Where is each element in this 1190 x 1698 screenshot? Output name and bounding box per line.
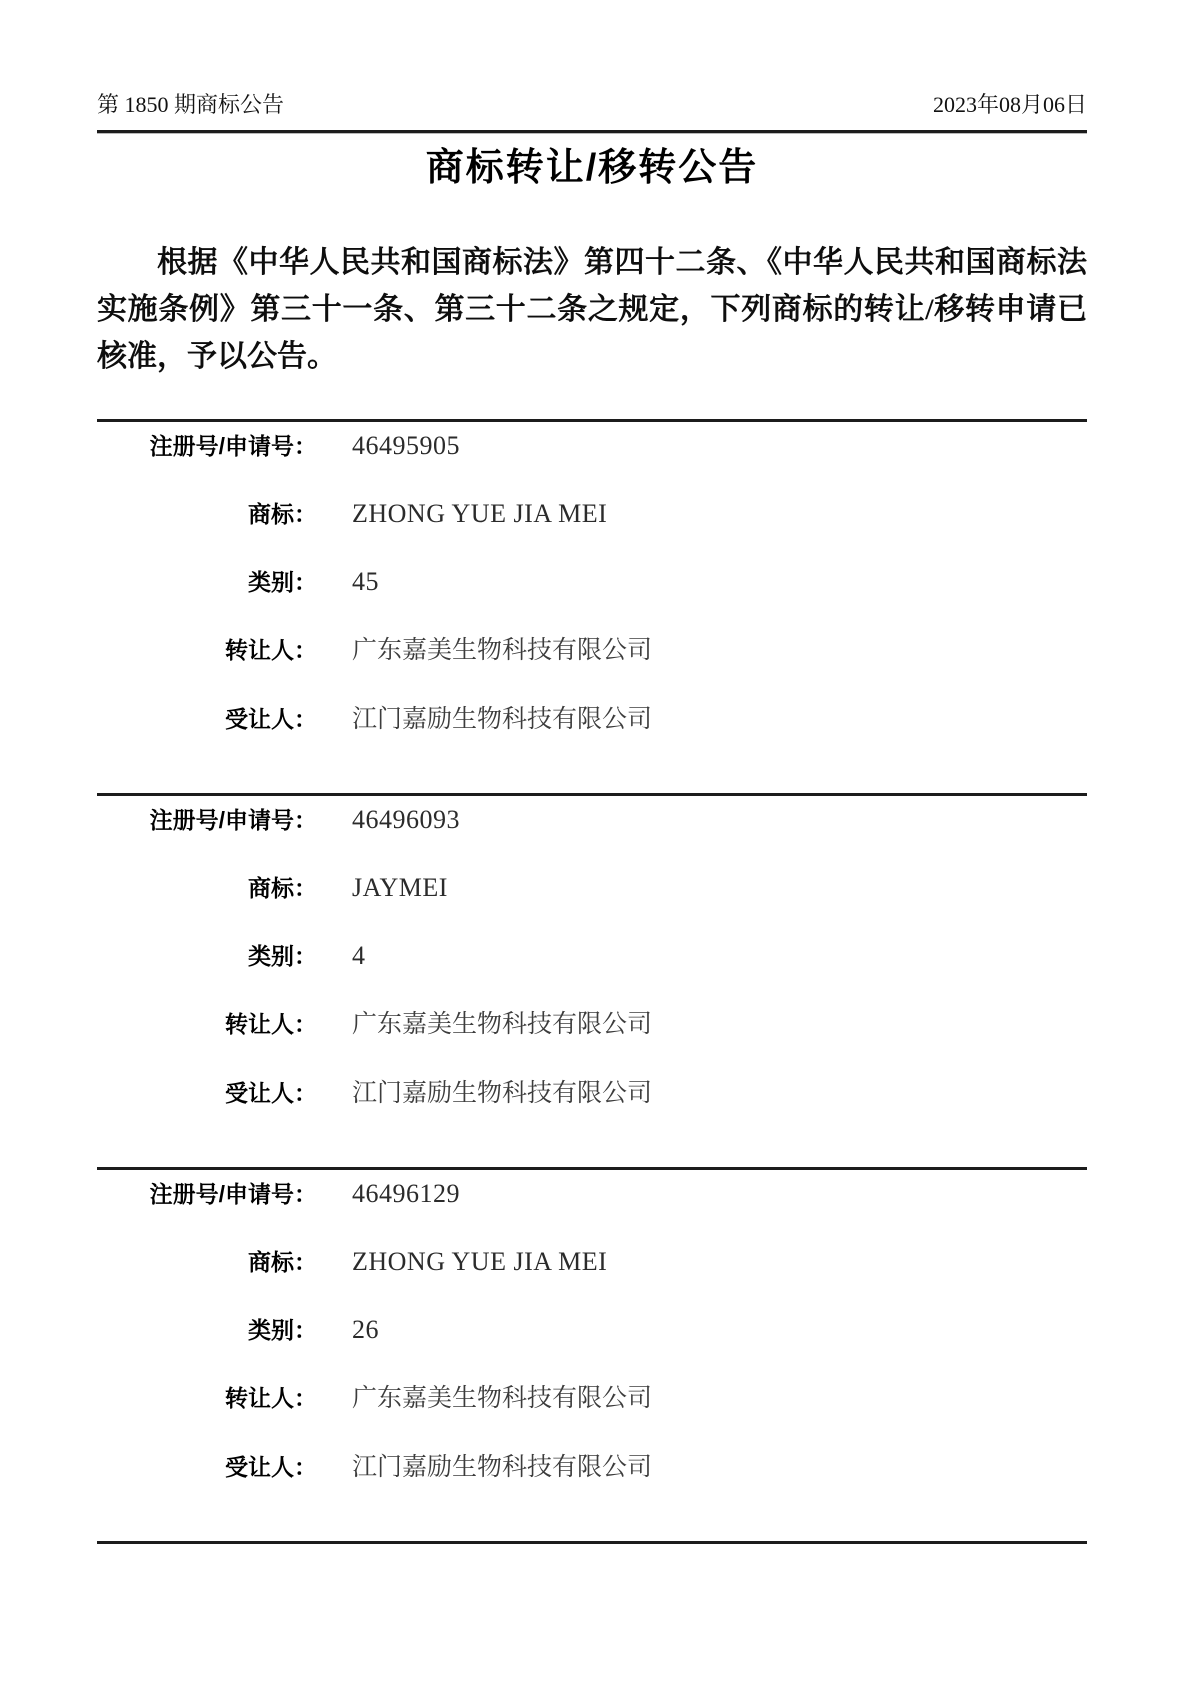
page-content: 第 1850 期商标公告 2023年08月06日 商标转让/移转公告 根据《中华…: [97, 92, 1087, 1544]
reg-no-value: 46496129: [352, 1182, 460, 1206]
trademark-record-1: 注册号/申请号： 46495905 商标： ZHONG YUE JIA MEI …: [97, 419, 1087, 793]
trademark-value: ZHONG YUE JIA MEI: [352, 1250, 607, 1274]
category-label: 类别：: [97, 944, 317, 968]
category-value: 4: [352, 944, 366, 968]
transferor-value: 广东嘉美生物科技有限公司: [352, 1387, 652, 1411]
trademark-value: ZHONG YUE JIA MEI: [352, 502, 607, 526]
transferee-row: 受让人： 江门嘉励生物科技有限公司: [97, 1081, 1087, 1106]
category-label: 类别：: [97, 1318, 317, 1342]
reg-no-label: 注册号/申请号：: [97, 434, 317, 458]
transferor-row: 转让人： 广东嘉美生物科技有限公司: [97, 638, 1087, 663]
transferee-row: 受让人： 江门嘉励生物科技有限公司: [97, 707, 1087, 732]
gazette-issue: 第 1850 期商标公告: [97, 92, 284, 118]
transferee-value: 江门嘉励生物科技有限公司: [352, 708, 652, 732]
transferor-label: 转让人：: [97, 1386, 317, 1410]
trademark-label: 商标：: [97, 1250, 317, 1274]
transferor-row: 转让人： 广东嘉美生物科技有限公司: [97, 1012, 1087, 1037]
transferor-row: 转让人： 广东嘉美生物科技有限公司: [97, 1386, 1087, 1411]
trademark-row: 商标： ZHONG YUE JIA MEI: [97, 502, 1087, 526]
reg-no-row: 注册号/申请号： 46496093: [97, 808, 1087, 832]
trademark-label: 商标：: [97, 502, 317, 526]
transferor-label: 转让人：: [97, 638, 317, 662]
trademark-record-3: 注册号/申请号： 46496129 商标： ZHONG YUE JIA MEI …: [97, 1167, 1087, 1541]
transferee-row: 受让人： 江门嘉励生物科技有限公司: [97, 1455, 1087, 1480]
reg-no-value: 46495905: [352, 434, 460, 458]
reg-no-label: 注册号/申请号：: [97, 1182, 317, 1206]
reg-no-value: 46496093: [352, 808, 460, 832]
transferee-value: 江门嘉励生物科技有限公司: [352, 1456, 652, 1480]
transferee-label: 受让人：: [97, 707, 317, 731]
gazette-date: 2023年08月06日: [933, 92, 1087, 118]
reg-no-row: 注册号/申请号： 46496129: [97, 1182, 1087, 1206]
transferor-value: 广东嘉美生物科技有限公司: [352, 639, 652, 663]
transferee-label: 受让人：: [97, 1455, 317, 1479]
reg-no-row: 注册号/申请号： 46495905: [97, 434, 1087, 458]
trademark-row: 商标： JAYMEI: [97, 876, 1087, 900]
category-label: 类别：: [97, 570, 317, 594]
reg-no-label: 注册号/申请号：: [97, 808, 317, 832]
intro-paragraph: 根据《中华人民共和国商标法》第四十二条、《中华人民共和国商标法实施条例》第三十一…: [97, 239, 1087, 380]
trademark-value: JAYMEI: [352, 876, 448, 900]
page-title: 商标转让/移转公告: [97, 145, 1087, 191]
header-rule: [97, 130, 1087, 133]
transferee-value: 江门嘉励生物科技有限公司: [352, 1082, 652, 1106]
trademark-record-2: 注册号/申请号： 46496093 商标： JAYMEI 类别： 4 转让人： …: [97, 793, 1087, 1167]
gazette-page: { "header": { "issue": "第 1850 期商标公告", "…: [0, 0, 1190, 1698]
transferor-value: 广东嘉美生物科技有限公司: [352, 1013, 652, 1037]
transferor-label: 转让人：: [97, 1012, 317, 1036]
category-value: 45: [352, 570, 379, 594]
transferee-label: 受让人：: [97, 1081, 317, 1105]
category-row: 类别： 45: [97, 570, 1087, 594]
category-value: 26: [352, 1318, 379, 1342]
page-header: 第 1850 期商标公告 2023年08月06日: [97, 92, 1087, 118]
category-row: 类别： 4: [97, 944, 1087, 968]
trademark-label: 商标：: [97, 876, 317, 900]
records-table: 注册号/申请号： 46495905 商标： ZHONG YUE JIA MEI …: [97, 419, 1087, 1544]
trademark-row: 商标： ZHONG YUE JIA MEI: [97, 1250, 1087, 1274]
category-row: 类别： 26: [97, 1318, 1087, 1342]
